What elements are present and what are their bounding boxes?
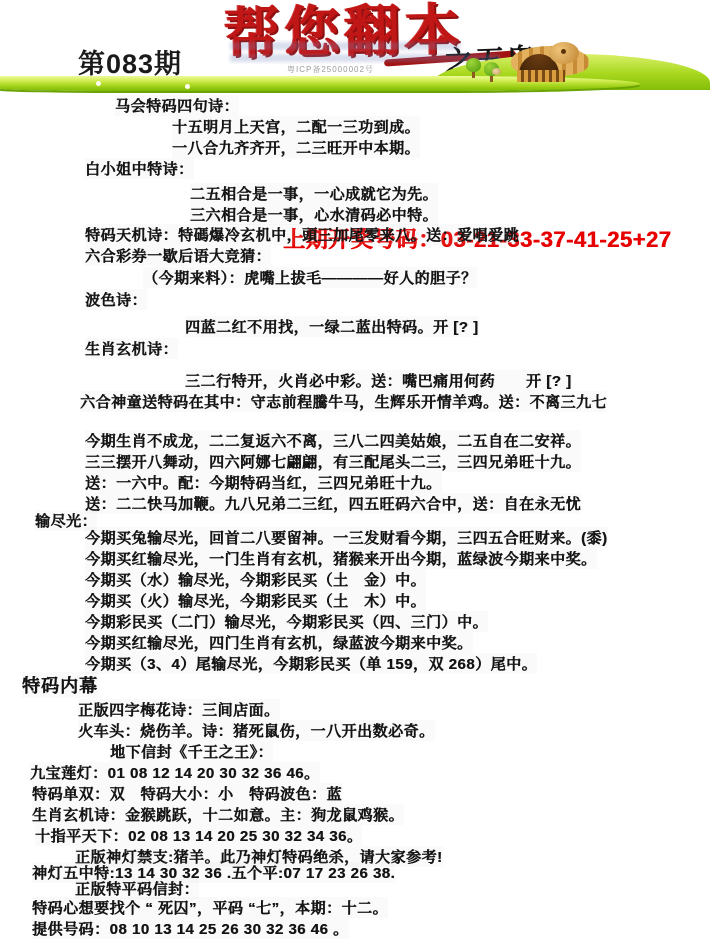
daisy-icon <box>185 84 190 89</box>
envelope-title-line: 地下信封《千王之王》： <box>110 741 273 762</box>
watermark-text: 粤ICP备25000002号 <box>287 64 374 75</box>
lotus-lamp-numbers: 九宝莲灯：01 08 12 14 20 30 32 36 46。 <box>30 762 320 783</box>
ten-fingers-numbers: 十指平天下：02 08 13 14 20 25 30 32 34 36。 <box>35 825 362 846</box>
watermark-smudge <box>230 42 460 50</box>
tip-line: 送：二二快马加鞭。九八兄弟二三红，四五旺码六合中，送：自在永无忧 <box>85 493 581 514</box>
daisy-icon <box>96 81 101 86</box>
odd-even-size-color-line: 特码单双：双 特码大小：小 特码波色：蓝 <box>32 783 342 804</box>
tree-icon <box>466 58 481 78</box>
pig-eye <box>561 49 566 54</box>
provided-numbers-line: 提供号码：08 10 13 14 25 26 30 32 36 46 。 <box>32 918 349 939</box>
zodiac-mystery-line: 生肖玄机诗：金猴跳跃，十二如意。主：狗龙鼠鸡猴。 <box>32 804 404 825</box>
shujinguang-line: 今期买红输尽光，一门生肖有玄机，猪猴来开出今期，蓝绿波今期来中奖。 <box>85 548 597 569</box>
poem-line: 三六相合是一事，心水清码必中特。 <box>190 204 438 225</box>
shujinguang-line: 今期买（3、4）尾输尽光，今期彩民买（单 159，双 268）尾中。 <box>85 653 537 674</box>
tree-crown <box>466 58 481 72</box>
shujinguang-line: 今期买红输尽光，四门生肖有玄机，绿蓝波今期来中奖。 <box>85 632 473 653</box>
tip-line: 今期生肖不成龙，二二复返六不离，三八二四美姑娘，二五自在二安祥。 <box>85 430 581 451</box>
shujinguang-line: 今期彩民买（二门）输尽光，今期彩民买（四、三门）中。 <box>85 611 488 632</box>
tip-line: 三三摆开八舞动，四六阿娜七翩翩，有三配尾头二三，三四兄弟旺十九。 <box>85 451 581 472</box>
section-title-four-line-poem: 马会特码四句诗： <box>115 95 239 116</box>
pig-fence <box>517 70 565 82</box>
color-poem-line: 四蓝二红不用找，一绿二蓝出特码。开 [? ] <box>185 316 479 337</box>
golden-pig-icon <box>503 42 595 82</box>
tree-trunk <box>472 72 475 78</box>
zodiac-poem-line: 三二行特开，火肖必中彩。送：嘴巴痛用何药 开 [? ] <box>185 370 572 391</box>
plum-poem-line: 正版四字梅花诗：三间店面。 <box>78 699 280 720</box>
riddle-line: （今期来料）：虎嘴上拔毛————好人的胆子？ <box>143 267 477 288</box>
section-title-riddle: 六合彩券一歇后语大竞猜： <box>85 245 271 266</box>
tree-trunk <box>490 76 493 82</box>
shujinguang-line: 今期买（水）输尽光，今期彩民买（土 金）中。 <box>85 569 426 590</box>
section-title-color-poem: 波色诗： <box>85 289 147 310</box>
shujinguang-line: 今期买（火）输尽光，今期彩民买（土 木）中。 <box>85 590 426 611</box>
train-head-line: 火车头：烧伤羊。诗：猪死鼠伤，一八开出数必奇。 <box>78 720 435 741</box>
shujinguang-line: 今期买兔输尽光，回首二八要留神。一三发财看今期，三四五合旺财来。(黍) <box>85 527 608 548</box>
tianji-poem-line: 特码天机诗：特碼爆冷玄机中，頭三加尾零来八。送：爱唱爱跳 <box>85 224 519 245</box>
poem-line: 二五相合是一事，一心成就它为先。 <box>190 183 438 204</box>
prodigy-tip-line: 六合神童送特码在其中：守志前程騰牛马，生辉乐开情羊鸡。送：不离三九七 <box>80 391 607 412</box>
poem-line: 十五明月上天宫，二配一三功到成。 <box>172 116 420 137</box>
tip-line: 送：一六中。配：今期特码当红，三四兄弟旺十九。 <box>85 472 442 493</box>
section-title-zodiac-poem: 生肖玄机诗： <box>85 338 178 359</box>
snail-icon <box>492 68 501 75</box>
section-title-envelope: 正版特平码信封： <box>75 878 199 899</box>
section-title-insider-info: 特码内幕 <box>22 672 98 698</box>
lottery-tip-sheet-page: 第083期 帮您翻本 之五鬼 粤ICP备25000002号 上期开奖号码：03-… <box>0 0 720 942</box>
envelope-hint-line: 特码心想要找个 “ 死囚”，平码 “七”，本期：十二。 <box>32 897 388 918</box>
section-title-miss-bai-poem: 白小姐中特诗： <box>85 158 194 179</box>
poem-line: 一八合九齐齐开，二三旺开中本期。 <box>172 137 420 158</box>
watermark-smudge <box>230 54 500 62</box>
